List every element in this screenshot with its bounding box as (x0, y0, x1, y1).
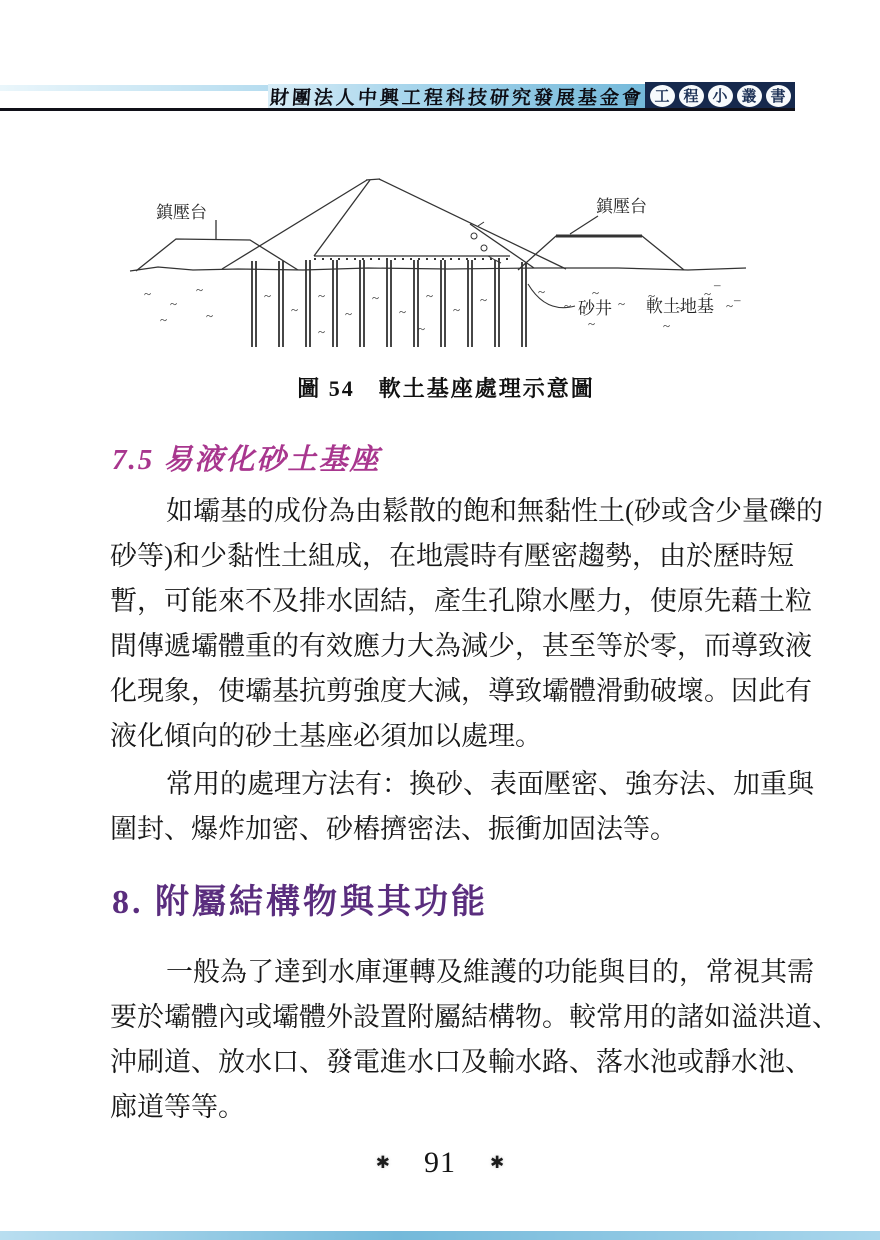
svg-text:~: ~ (618, 296, 625, 311)
series-badge: 小 (708, 85, 733, 107)
text-line: 暫，可能來不及排水固結，產生孔隙水壓力，使原先藉土粒 (110, 579, 782, 624)
soft-ground-label: 軟土地基 (646, 297, 714, 316)
footer-ornament-icon: ✱ (376, 1153, 390, 1173)
svg-text:~: ~ (291, 302, 298, 317)
left-berm-label: 鎮壓台 (156, 203, 207, 222)
svg-text:~: ~ (318, 288, 325, 303)
text-line: 液化傾向的砂土基座必須加以處理。 (110, 714, 782, 759)
svg-text:~: ~ (144, 286, 151, 301)
right-berm (518, 216, 684, 270)
text-line: 砂等)和少黏性土組成，在地震時有壓密趨勢，由於歷時短 (110, 534, 782, 579)
figure-caption: 圖 54 軟土基座處理示意圖 (112, 372, 780, 403)
svg-text:–: – (733, 292, 741, 307)
section-7-5-heading: 7.5 易液化砂土基座 (112, 437, 381, 478)
text-line: 化現象，使壩基抗剪強度大減，導致壩體滑動破壞。因此有 (110, 669, 782, 714)
svg-text:~: ~ (453, 302, 460, 317)
text-line: 一般為了達到水庫運轉及維護的功能與目的，常視其需 (110, 950, 782, 995)
sand-drain-label: 砂井 (578, 299, 612, 318)
section-8-paragraph-1: 一般為了達到水庫運轉及維護的功能與目的，常視其需 要於壩體內或壩體外設置附屬結構… (110, 950, 782, 1130)
text-line: 廊道等等。 (110, 1085, 782, 1130)
svg-text:–: – (713, 277, 721, 292)
svg-text:~: ~ (399, 304, 406, 319)
header-band: 財團法人中興工程科技研究發展基金會 (268, 84, 647, 108)
text-line: 沖刷道、放水口、發電進水口及輸水路、落水池或靜水池、 (110, 1040, 782, 1085)
series-badge: 叢 (737, 85, 762, 107)
dam-cross-section-diagram: ~~~ ~~ ~~~ ~~~ ~~~ ~~ ~~~ ~~~ ~~ ~~ –– 鎮… (118, 156, 758, 348)
footer-ornament-icon: ✱ (490, 1153, 504, 1173)
text-line: 間傳遞壩體重的有效應力大為減少，甚至等於零，而導致液 (110, 624, 782, 669)
series-badge-block: 工 程 小 叢 書 (645, 82, 795, 109)
bottom-band (0, 1231, 880, 1240)
text-line: 圍封、爆炸加密、砂樁擠密法、振衝加固法等。 (110, 807, 782, 852)
section-7-5-paragraph-2: 常用的處理方法有：換砂、表面壓密、強夯法、加重與 圍封、爆炸加密、砂樁擠密法、振… (110, 762, 782, 852)
svg-text:~: ~ (726, 298, 733, 313)
text-line: 要於壩體內或壩體外設置附屬結構物。較常用的諸如溢洪道、 (110, 995, 782, 1040)
text-line: 常用的處理方法有：換砂、表面壓密、強夯法、加重與 (110, 762, 782, 807)
header-rule (0, 108, 795, 111)
section-7-5-paragraph-1: 如壩基的成份為由鬆散的飽和無黏性土(砂或含少量礫的 砂等)和少黏性土組成，在地震… (110, 489, 782, 759)
svg-text:~: ~ (538, 284, 545, 299)
svg-text:~: ~ (592, 285, 599, 300)
svg-text:~: ~ (418, 321, 425, 336)
series-badge: 程 (679, 85, 704, 107)
section-8-heading: 8. 附屬結構物與其功能 (112, 874, 488, 923)
svg-text:~: ~ (426, 288, 433, 303)
svg-text:~: ~ (345, 306, 352, 321)
page-footer: ✱ 91 ✱ (0, 1146, 880, 1180)
svg-text:~: ~ (264, 288, 271, 303)
header-left-strip (0, 85, 272, 91)
left-berm (136, 220, 298, 271)
svg-text:~: ~ (480, 292, 487, 307)
foundation-title: 財團法人中興工程科技研究發展基金會 (270, 83, 646, 110)
svg-text:~: ~ (160, 312, 167, 327)
svg-text:~: ~ (663, 318, 670, 333)
series-badge: 書 (766, 85, 791, 107)
svg-text:~: ~ (318, 324, 325, 339)
svg-text:~: ~ (564, 298, 571, 313)
svg-text:~: ~ (196, 282, 203, 297)
svg-text:~: ~ (206, 308, 213, 323)
text-line: 如壩基的成份為由鬆散的飽和無黏性土(砂或含少量礫的 (110, 489, 782, 534)
series-badge: 工 (650, 85, 675, 107)
svg-text:~: ~ (170, 296, 177, 311)
right-berm-label: 鎮壓台 (596, 197, 647, 216)
page-number: 91 (424, 1146, 456, 1180)
svg-text:~: ~ (588, 316, 595, 331)
svg-text:~: ~ (372, 290, 379, 305)
